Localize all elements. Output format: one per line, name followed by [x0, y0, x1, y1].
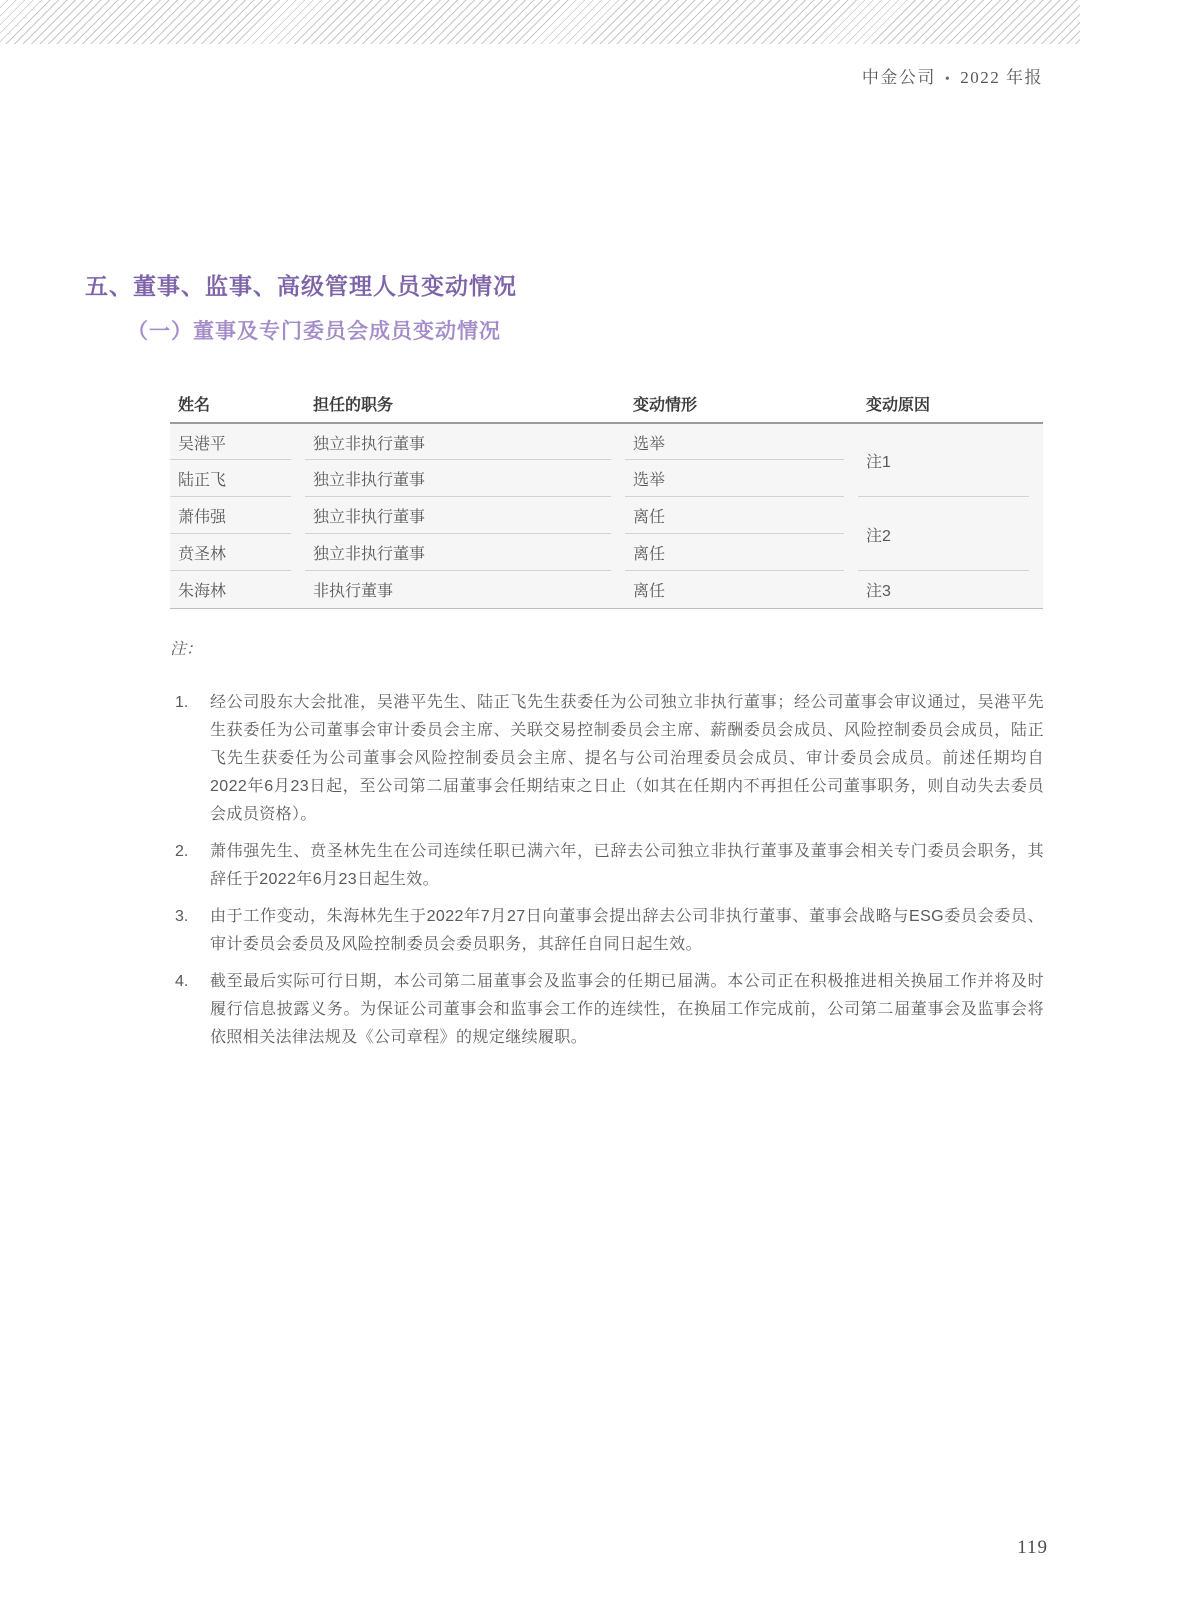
notes-label: 注：: [170, 636, 1044, 664]
company-name: 中金公司: [862, 68, 936, 87]
cell-position: 独立非执行董事: [305, 460, 625, 497]
col-header-change: 变动情形: [625, 385, 858, 423]
cell-name: 吴港平: [170, 423, 305, 460]
col-header-position: 担任的职务: [305, 385, 625, 423]
note-item: 4. 截至最后实际可行日期，本公司第二届董事会及监事会的任期已届满。本公司正在积…: [170, 968, 1044, 1052]
note-text: 经公司股东大会批准，吴港平先生、陆正飞先生获委任为公司独立非执行董事；经公司董事…: [210, 689, 1044, 829]
note-number: 1.: [170, 689, 210, 829]
section-title: 五、董事、监事、高级管理人员变动情况: [85, 268, 517, 301]
cell-change: 离任: [625, 534, 858, 571]
cell-name: 贲圣林: [170, 534, 305, 571]
col-header-name: 姓名: [170, 385, 305, 423]
table-row: 萧伟强 独立非执行董事 离任 注2: [170, 497, 1043, 534]
cell-reason: 注3: [858, 571, 1043, 608]
table-row: 朱海林 非执行董事 离任 注3: [170, 571, 1043, 608]
cell-position: 非执行董事: [305, 571, 625, 608]
cell-name: 朱海林: [170, 571, 305, 608]
note-text: 由于工作变动，朱海林先生于2022年7月27日向董事会提出辞去公司非执行董事、董…: [210, 903, 1044, 959]
cell-position: 独立非执行董事: [305, 423, 625, 460]
cell-name: 陆正飞: [170, 460, 305, 497]
cell-change: 离任: [625, 497, 858, 534]
section-subtitle: （一）董事及专门委员会成员变动情况: [127, 315, 501, 345]
report-title: 2022 年报: [960, 68, 1043, 87]
table-row: 吴港平 独立非执行董事 选举 注1: [170, 423, 1043, 460]
table-header-row: 姓名 担任的职务 变动情形 变动原因: [170, 385, 1043, 423]
note-number: 3.: [170, 903, 210, 959]
directors-change-table: 姓名 担任的职务 变动情形 变动原因 吴港平 独立非执行董事 选举 注1 陆正飞…: [170, 385, 1043, 609]
separator-dot-icon: •: [945, 72, 951, 87]
page-number: 119: [0, 1537, 1048, 1559]
document-page: 中金公司•2022 年报 五、董事、监事、高级管理人员变动情况 （一）董事及专门…: [0, 0, 1190, 1615]
cell-change: 选举: [625, 460, 858, 497]
decorative-stripes-banner: [0, 0, 1080, 44]
cell-reason: 注1: [858, 423, 1043, 497]
note-number: 2.: [170, 838, 210, 894]
cell-position: 独立非执行董事: [305, 534, 625, 571]
cell-change: 离任: [625, 571, 858, 608]
cell-position: 独立非执行董事: [305, 497, 625, 534]
note-text: 萧伟强先生、贲圣林先生在公司连续任职已满六年，已辞去公司独立非执行董事及董事会相…: [210, 838, 1044, 894]
note-text: 截至最后实际可行日期，本公司第二届董事会及监事会的任期已届满。本公司正在积极推进…: [210, 968, 1044, 1052]
note-item: 2. 萧伟强先生、贲圣林先生在公司连续任职已满六年，已辞去公司独立非执行董事及董…: [170, 838, 1044, 894]
note-number: 4.: [170, 968, 210, 1052]
note-item: 1. 经公司股东大会批准，吴港平先生、陆正飞先生获委任为公司独立非执行董事；经公…: [170, 689, 1044, 829]
page-header: 中金公司•2022 年报: [0, 63, 1043, 88]
note-item: 3. 由于工作变动，朱海林先生于2022年7月27日向董事会提出辞去公司非执行董…: [170, 903, 1044, 959]
cell-change: 选举: [625, 423, 858, 460]
col-header-reason: 变动原因: [858, 385, 1043, 423]
notes-section: 注： 1. 经公司股东大会批准，吴港平先生、陆正飞先生获委任为公司独立非执行董事…: [170, 636, 1044, 1061]
cell-reason: 注2: [858, 497, 1043, 571]
cell-name: 萧伟强: [170, 497, 305, 534]
